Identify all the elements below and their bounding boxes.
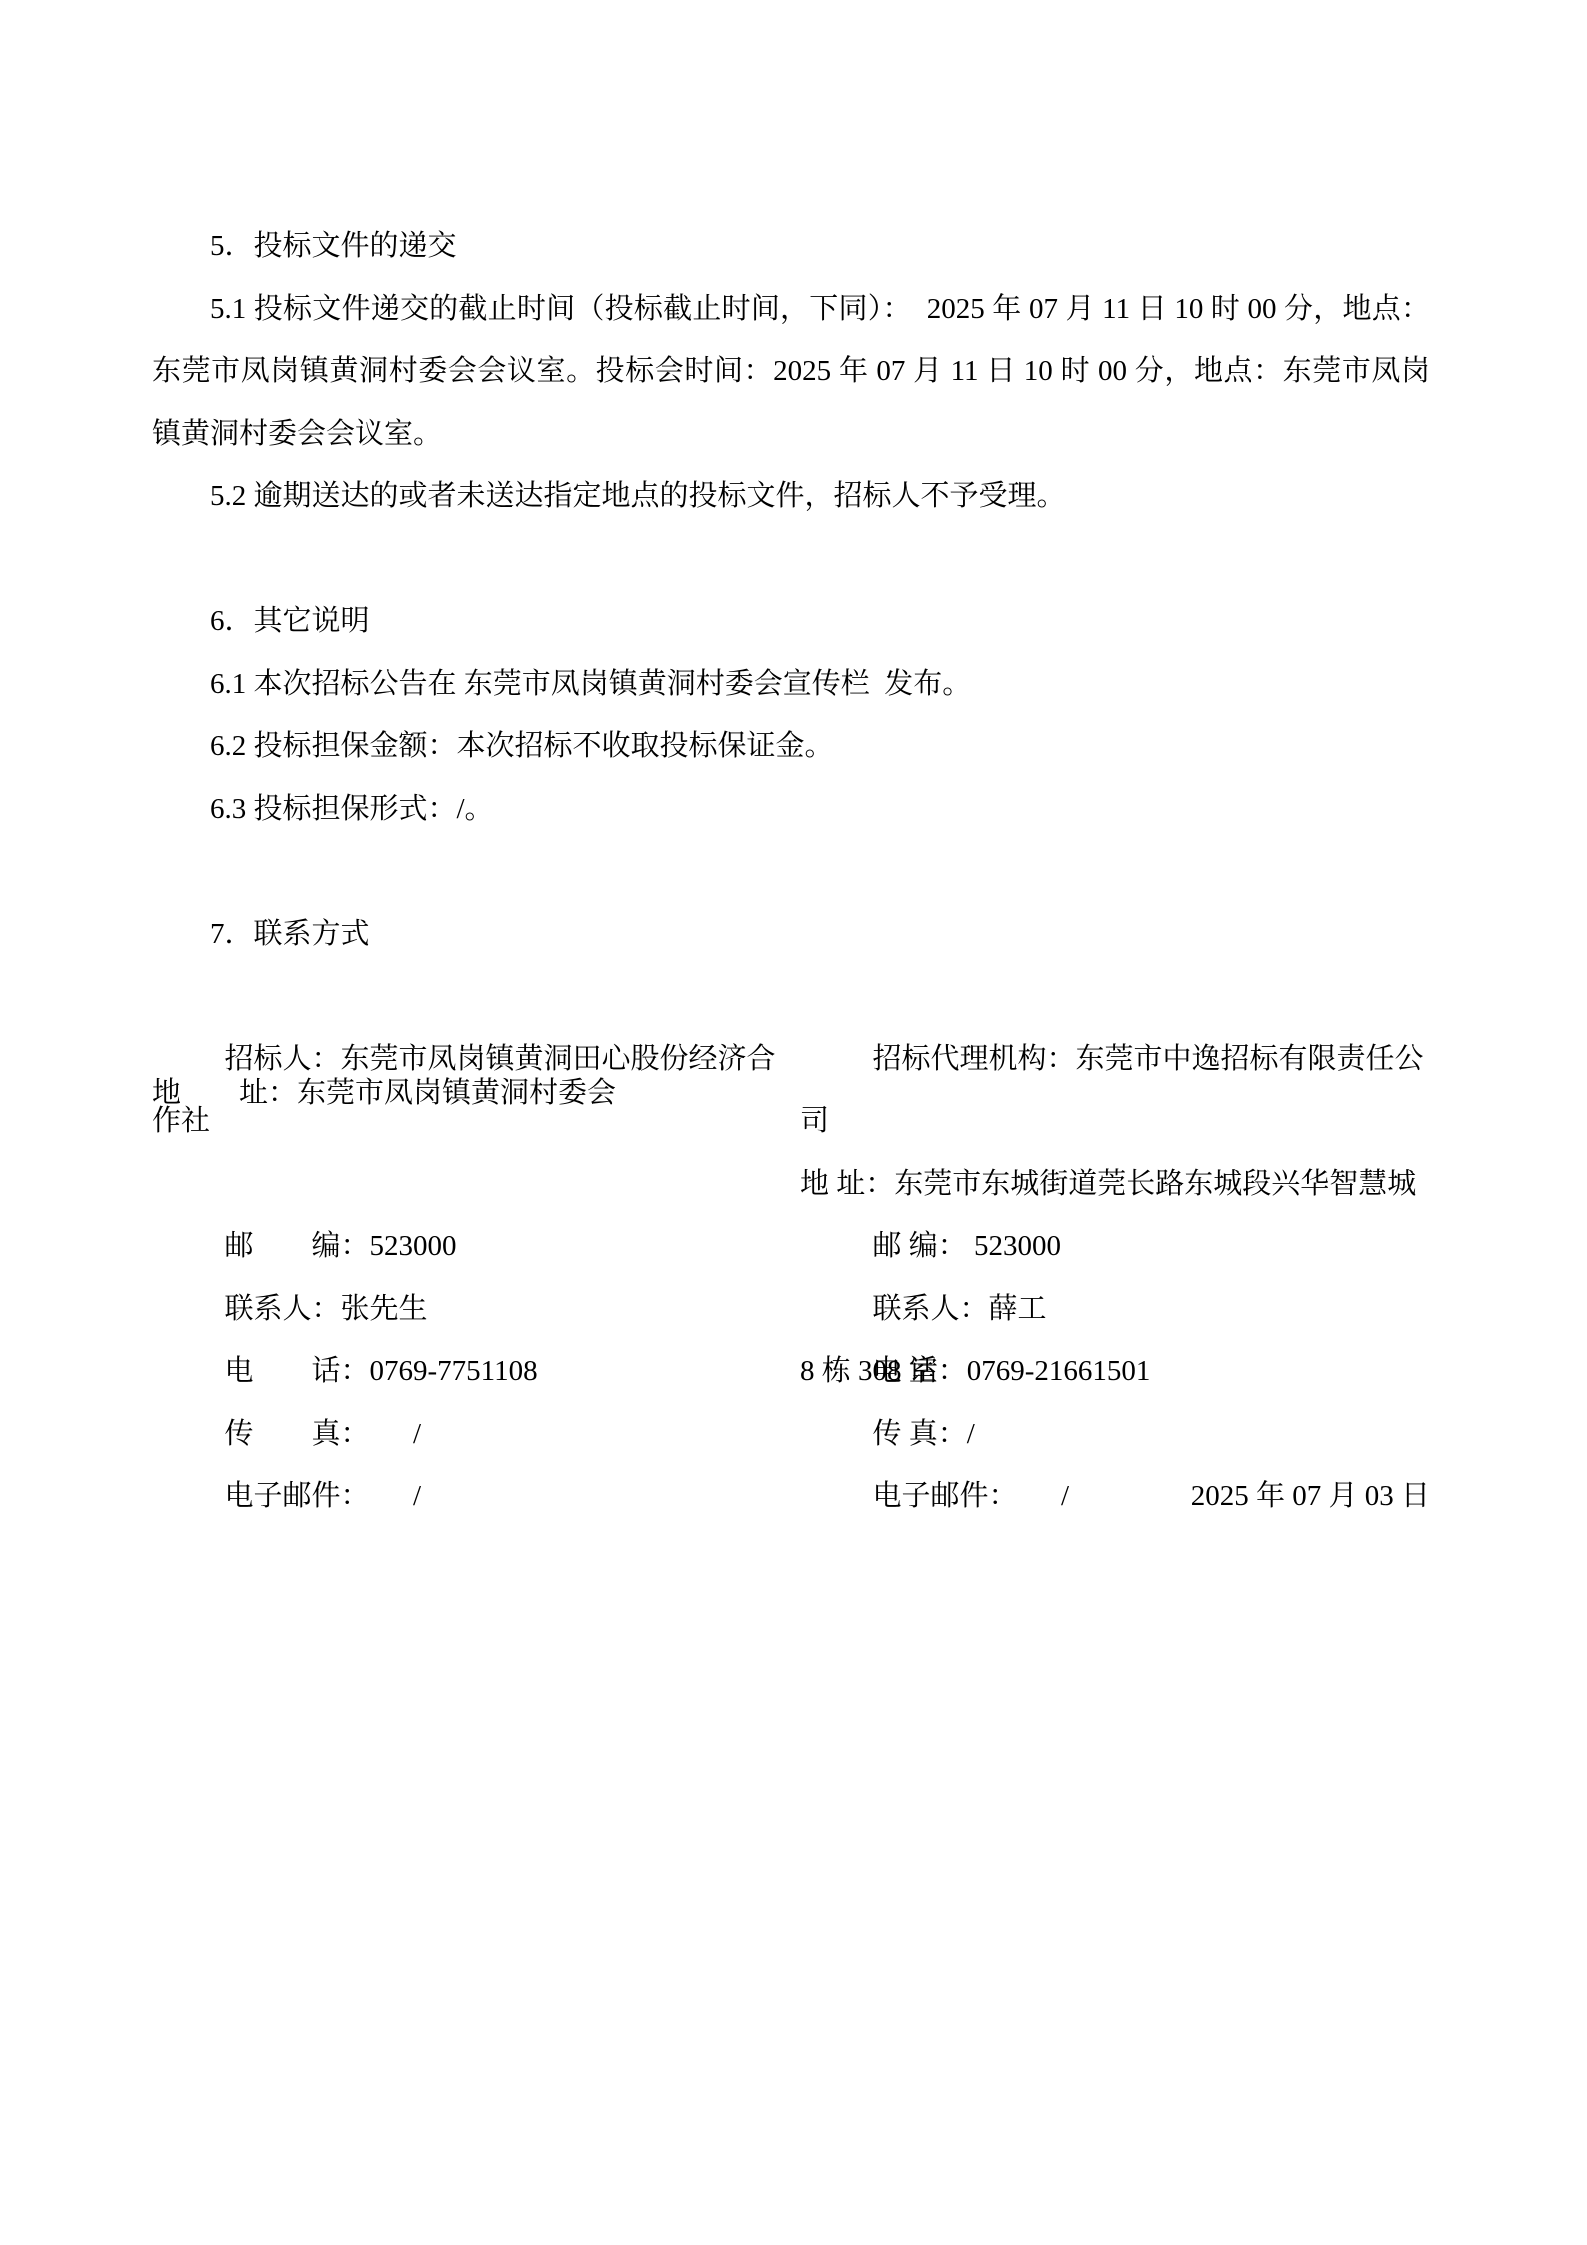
page-content: 5．投标文件的递交 5.1 投标文件递交的截止时间（投标截止时间，下同）： 20… <box>152 215 1430 1528</box>
section-5-heading: 5．投标文件的递交 <box>152 215 1430 278</box>
agency-fax-value: / <box>967 1418 975 1450</box>
tenderer-address-label: 地 址： <box>152 1077 297 1109</box>
agency-phone-value: 0769-21661501 <box>967 1355 1151 1387</box>
clause-5-2: 5.2 逾期送达的或者未送达指定地点的投标文件，招标人不予受理。 <box>152 465 1430 528</box>
tenderer-postcode-row: 邮 编：523000 <box>152 1153 800 1216</box>
contacts-table: 招标人：东莞市凤岗镇黄洞田心股份经济合作社 地 址：东莞市凤岗镇黄洞村委会 邮 … <box>152 965 1430 1465</box>
agency-address-line-1: 地 址：东莞市东城街道莞长路东城段兴华智慧城 <box>800 1153 1430 1216</box>
contacts-column-tenderer: 招标人：东莞市凤岗镇黄洞田心股份经济合作社 地 址：东莞市凤岗镇黄洞村委会 邮 … <box>152 965 800 1465</box>
agency-address-value: 东莞市东城街道莞长路东城段兴华智慧城 <box>894 1168 1416 1200</box>
agency-fax-label: 传 真： <box>873 1418 967 1450</box>
tenderer-postcode-label: 邮 编： <box>225 1230 370 1262</box>
clause-6-2: 6.2 投标担保金额：本次招标不收取投标保证金。 <box>152 715 1430 778</box>
agency-postcode-label: 邮 编： <box>873 1230 967 1262</box>
clause-6-3: 6.3 投标担保形式：/。 <box>152 778 1430 841</box>
tenderer-address-line: 地 址：东莞市凤岗镇黄洞村委会 <box>152 1070 616 1111</box>
agency-postcode-value: 523000 <box>967 1230 1061 1262</box>
tenderer-email-value: / <box>355 1480 421 1512</box>
tenderer-phone-value: 0769-7751108 <box>370 1355 538 1387</box>
agency-name-label: 招标代理机构： <box>873 1043 1076 1075</box>
agency-name-row: 招标代理机构：东莞市中逸招标有限责任公司 <box>800 965 1430 1028</box>
tenderer-email-label: 电子邮件： <box>225 1480 356 1512</box>
tenderer-contact-label: 联系人： <box>225 1293 341 1325</box>
tender-notice-page: 5．投标文件的递交 5.1 投标文件递交的截止时间（投标截止时间，下同）： 20… <box>0 0 1587 2245</box>
agency-address-label: 地 址： <box>800 1168 894 1200</box>
clause-5-1: 5.1 投标文件递交的截止时间（投标截止时间，下同）： 2025 年 07 月 … <box>152 278 1430 466</box>
tenderer-phone-label: 电 话： <box>225 1355 370 1387</box>
tenderer-address-value: 东莞市凤岗镇黄洞村委会 <box>297 1077 616 1109</box>
agency-contact-label: 联系人： <box>873 1293 989 1325</box>
tenderer-name-row: 招标人：东莞市凤岗镇黄洞田心股份经济合作社 <box>152 965 800 1028</box>
contacts-column-agency: 招标代理机构：东莞市中逸招标有限责任公司 地 址：东莞市东城街道莞长路东城段兴华… <box>800 965 1430 1465</box>
clause-6-1: 6.1 本次招标公告在 东莞市凤岗镇黄洞村委会宣传栏 发布。 <box>152 653 1430 716</box>
agency-contact-value: 薛工 <box>989 1293 1047 1325</box>
agency-email-value: / <box>1003 1480 1069 1512</box>
agency-email-label: 电子邮件： <box>873 1480 1004 1512</box>
tenderer-postcode-value: 523000 <box>370 1230 457 1262</box>
section-7-heading: 7．联系方式 <box>152 903 1430 966</box>
tenderer-contact-value: 张先生 <box>341 1293 428 1325</box>
tenderer-fax-value: / <box>355 1418 421 1450</box>
agency-phone-label: 电 话： <box>873 1355 967 1387</box>
tenderer-fax-label: 传 真： <box>225 1418 356 1450</box>
section-6-heading: 6．其它说明 <box>152 590 1430 653</box>
